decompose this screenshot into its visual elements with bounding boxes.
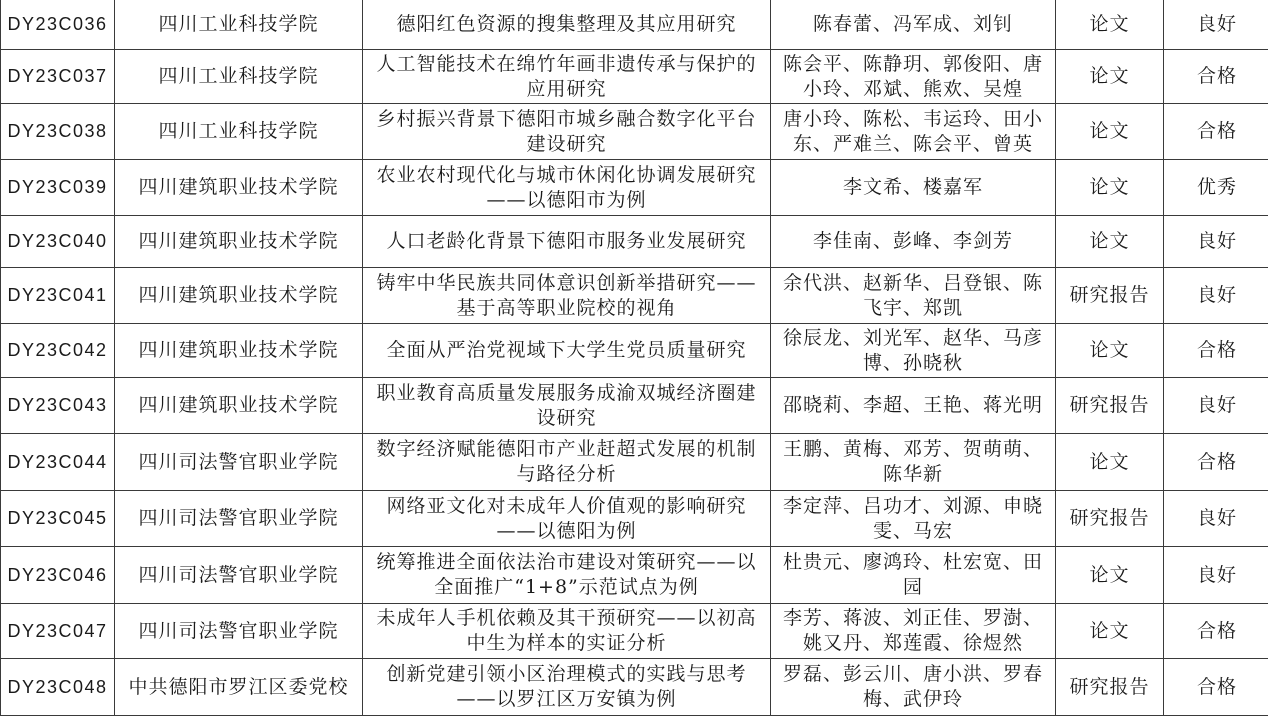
project-code-cell: DY23C039 [1, 160, 115, 216]
project-code-cell: DY23C037 [1, 50, 115, 104]
result-type-cell: 研究报告 [1056, 378, 1164, 434]
project-code-cell: DY23C041 [1, 268, 115, 324]
table-row: DY23C047 四川司法警官职业学院 未成年人手机依赖及其干预研究——以初高中… [1, 604, 1268, 659]
result-type-cell: 研究报告 [1056, 659, 1164, 716]
project-code-cell: DY23C040 [1, 216, 115, 268]
result-type-cell: 论文 [1056, 604, 1164, 659]
project-code-cell: DY23C038 [1, 104, 115, 160]
result-type-cell: 论文 [1056, 104, 1164, 160]
institution-cell: 四川工业科技学院 [115, 104, 363, 160]
result-type-cell: 研究报告 [1056, 268, 1164, 324]
authors-cell: 杜贵元、廖鸿玲、杜宏宽、田园 [771, 547, 1056, 604]
project-title-cell: 统筹推进全面依法治市建设对策研究——以全面推广“1+8”示范试点为例 [363, 547, 771, 604]
institution-cell: 四川建筑职业技术学院 [115, 324, 363, 378]
authors-cell: 陈春蕾、冯军成、刘钊 [771, 0, 1056, 50]
grade-cell: 良好 [1164, 378, 1268, 434]
result-type-cell: 论文 [1056, 547, 1164, 604]
table-row: DY23C044 四川司法警官职业学院 数字经济赋能德阳市产业赶超式发展的机制与… [1, 434, 1268, 491]
project-title-cell: 人口老龄化背景下德阳市服务业发展研究 [363, 216, 771, 268]
authors-cell: 唐小玲、陈松、韦运玲、田小东、严难兰、陈会平、曾英 [771, 104, 1056, 160]
project-title-cell: 德阳红色资源的搜集整理及其应用研究 [363, 0, 771, 50]
result-type-cell: 论文 [1056, 160, 1164, 216]
result-type-cell: 论文 [1056, 434, 1164, 491]
result-type-cell: 论文 [1056, 216, 1164, 268]
authors-cell: 李文希、楼嘉军 [771, 160, 1056, 216]
authors-cell: 李定萍、吕功才、刘源、申晓雯、马宏 [771, 491, 1056, 547]
table-row: DY23C040 四川建筑职业技术学院 人口老龄化背景下德阳市服务业发展研究 李… [1, 216, 1268, 268]
project-title-cell: 农业农村现代化与城市休闲化协调发展研究——以德阳市为例 [363, 160, 771, 216]
grade-cell: 良好 [1164, 268, 1268, 324]
table-row: DY23C037 四川工业科技学院 人工智能技术在绵竹年画非遗传承与保护的应用研… [1, 50, 1268, 104]
grade-cell: 合格 [1164, 104, 1268, 160]
table-row: DY23C038 四川工业科技学院 乡村振兴背景下德阳市城乡融合数字化平台建设研… [1, 104, 1268, 160]
authors-cell: 王鹏、黄梅、邓芳、贺萌萌、陈华新 [771, 434, 1056, 491]
result-type-cell: 论文 [1056, 50, 1164, 104]
project-code-cell: DY23C046 [1, 547, 115, 604]
grade-cell: 优秀 [1164, 160, 1268, 216]
authors-cell: 李芳、蒋波、刘正佳、罗澍、姚又丹、郑莲霞、徐煜然 [771, 604, 1056, 659]
project-code-cell: DY23C036 [1, 0, 115, 50]
grade-cell: 良好 [1164, 0, 1268, 50]
grade-cell: 合格 [1164, 324, 1268, 378]
table-row: DY23C041 四川建筑职业技术学院 铸牢中华民族共同体意识创新举措研究——基… [1, 268, 1268, 324]
institution-cell: 四川司法警官职业学院 [115, 604, 363, 659]
result-type-cell: 论文 [1056, 0, 1164, 50]
project-title-cell: 全面从严治党视域下大学生党员质量研究 [363, 324, 771, 378]
grade-cell: 良好 [1164, 547, 1268, 604]
table-row: DY23C036 四川工业科技学院 德阳红色资源的搜集整理及其应用研究 陈春蕾、… [1, 0, 1268, 50]
project-code-cell: DY23C044 [1, 434, 115, 491]
institution-cell: 四川建筑职业技术学院 [115, 160, 363, 216]
project-title-cell: 铸牢中华民族共同体意识创新举措研究——基于高等职业院校的视角 [363, 268, 771, 324]
grade-cell: 良好 [1164, 216, 1268, 268]
table-row: DY23C045 四川司法警官职业学院 网络亚文化对未成年人价值观的影响研究——… [1, 491, 1268, 547]
grade-cell: 合格 [1164, 434, 1268, 491]
project-code-cell: DY23C043 [1, 378, 115, 434]
grade-cell: 合格 [1164, 50, 1268, 104]
project-code-cell: DY23C048 [1, 659, 115, 716]
institution-cell: 四川建筑职业技术学院 [115, 378, 363, 434]
project-title-cell: 人工智能技术在绵竹年画非遗传承与保护的应用研究 [363, 50, 771, 104]
institution-cell: 四川建筑职业技术学院 [115, 268, 363, 324]
authors-cell: 陈会平、陈静玥、郭俊阳、唐小玲、邓斌、熊欢、吴煌 [771, 50, 1056, 104]
table-row: DY23C043 四川建筑职业技术学院 职业教育高质量发展服务成渝双城经济圈建设… [1, 378, 1268, 434]
table-row: DY23C039 四川建筑职业技术学院 农业农村现代化与城市休闲化协调发展研究—… [1, 160, 1268, 216]
grade-cell: 合格 [1164, 659, 1268, 716]
institution-cell: 四川司法警官职业学院 [115, 547, 363, 604]
authors-cell: 余代洪、赵新华、吕登银、陈飞宇、郑凯 [771, 268, 1056, 324]
institution-cell: 四川建筑职业技术学院 [115, 216, 363, 268]
project-code-cell: DY23C045 [1, 491, 115, 547]
results-table-body: DY23C036 四川工业科技学院 德阳红色资源的搜集整理及其应用研究 陈春蕾、… [1, 0, 1268, 716]
project-title-cell: 创新党建引领小区治理模式的实践与思考——以罗江区万安镇为例 [363, 659, 771, 716]
grade-cell: 良好 [1164, 491, 1268, 547]
authors-cell: 徐辰龙、刘光军、赵华、马彦博、孙晓秋 [771, 324, 1056, 378]
project-title-cell: 职业教育高质量发展服务成渝双城经济圈建设研究 [363, 378, 771, 434]
result-type-cell: 论文 [1056, 324, 1164, 378]
institution-cell: 四川司法警官职业学院 [115, 491, 363, 547]
authors-cell: 邵晓莉、李超、王艳、蒋光明 [771, 378, 1056, 434]
results-table: DY23C036 四川工业科技学院 德阳红色资源的搜集整理及其应用研究 陈春蕾、… [0, 0, 1268, 716]
institution-cell: 四川司法警官职业学院 [115, 434, 363, 491]
table-row: DY23C048 中共德阳市罗江区委党校 创新党建引领小区治理模式的实践与思考—… [1, 659, 1268, 716]
grade-cell: 合格 [1164, 604, 1268, 659]
project-title-cell: 数字经济赋能德阳市产业赶超式发展的机制与路径分析 [363, 434, 771, 491]
authors-cell: 罗磊、彭云川、唐小洪、罗春梅、武伊玲 [771, 659, 1056, 716]
project-code-cell: DY23C042 [1, 324, 115, 378]
result-type-cell: 研究报告 [1056, 491, 1164, 547]
project-title-cell: 乡村振兴背景下德阳市城乡融合数字化平台建设研究 [363, 104, 771, 160]
project-title-cell: 未成年人手机依赖及其干预研究——以初高中生为样本的实证分析 [363, 604, 771, 659]
project-code-cell: DY23C047 [1, 604, 115, 659]
table-row: DY23C042 四川建筑职业技术学院 全面从严治党视域下大学生党员质量研究 徐… [1, 324, 1268, 378]
institution-cell: 四川工业科技学院 [115, 0, 363, 50]
table-row: DY23C046 四川司法警官职业学院 统筹推进全面依法治市建设对策研究——以全… [1, 547, 1268, 604]
institution-cell: 中共德阳市罗江区委党校 [115, 659, 363, 716]
institution-cell: 四川工业科技学院 [115, 50, 363, 104]
authors-cell: 李佳南、彭峰、李剑芳 [771, 216, 1056, 268]
project-title-cell: 网络亚文化对未成年人价值观的影响研究——以德阳为例 [363, 491, 771, 547]
